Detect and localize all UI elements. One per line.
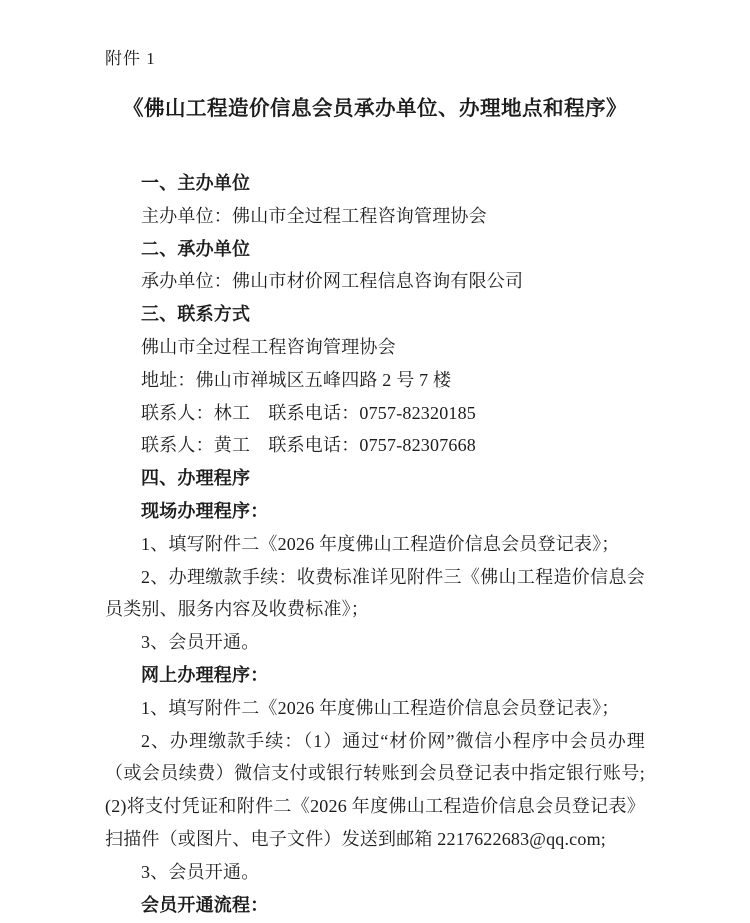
paragraph-contact-person-1: 联系人：林工 联系电话：0757-82320185 — [105, 397, 645, 430]
document-body: 一、主办单位 主办单位：佛山市全过程工程咨询管理协会 二、承办单位 承办单位：佛… — [105, 167, 645, 921]
subheading-activation-flow: 会员开通流程： — [105, 889, 645, 922]
subheading-onsite-procedure: 现场办理程序： — [105, 495, 645, 528]
paragraph-contact-person-2: 联系人：黄工 联系电话：0757-82307668 — [105, 429, 645, 462]
paragraph-online-step-2: 2、办理缴款手续：（1）通过“材价网”微信小程序中会员办理（或会员续费）微信支付… — [105, 725, 645, 856]
section-heading-undertaker: 二、承办单位 — [105, 233, 645, 266]
paragraph-contact-org: 佛山市全过程工程咨询管理协会 — [105, 331, 645, 364]
document-title: 《佛山工程造价信息会员承办单位、办理地点和程序》 — [105, 94, 645, 124]
paragraph-address: 地址：佛山市禅城区五峰四路 2 号 7 楼 — [105, 364, 645, 397]
paragraph-host-unit: 主办单位：佛山市全过程工程咨询管理协会 — [105, 200, 645, 233]
attachment-label: 附件 1 — [105, 46, 645, 72]
paragraph-online-step-3: 3、会员开通。 — [105, 856, 645, 889]
section-heading-procedure: 四、办理程序 — [105, 462, 645, 495]
paragraph-onsite-step-2: 2、办理缴款手续：收费标准详见附件三《佛山工程造价信息会员类别、服务内容及收费标… — [105, 561, 645, 627]
subheading-online-procedure: 网上办理程序： — [105, 659, 645, 692]
section-heading-host-unit: 一、主办单位 — [105, 167, 645, 200]
paragraph-online-step-1: 1、填写附件二《2026 年度佛山工程造价信息会员登记表》； — [105, 692, 645, 725]
paragraph-undertaker: 承办单位：佛山市材价网工程信息咨询有限公司 — [105, 265, 645, 298]
section-heading-contact: 三、联系方式 — [105, 298, 645, 331]
document-page: 附件 1 《佛山工程造价信息会员承办单位、办理地点和程序》 一、主办单位 主办单… — [0, 0, 750, 923]
paragraph-onsite-step-1: 1、填写附件二《2026 年度佛山工程造价信息会员登记表》； — [105, 528, 645, 561]
paragraph-onsite-step-3: 3、会员开通。 — [105, 626, 645, 659]
